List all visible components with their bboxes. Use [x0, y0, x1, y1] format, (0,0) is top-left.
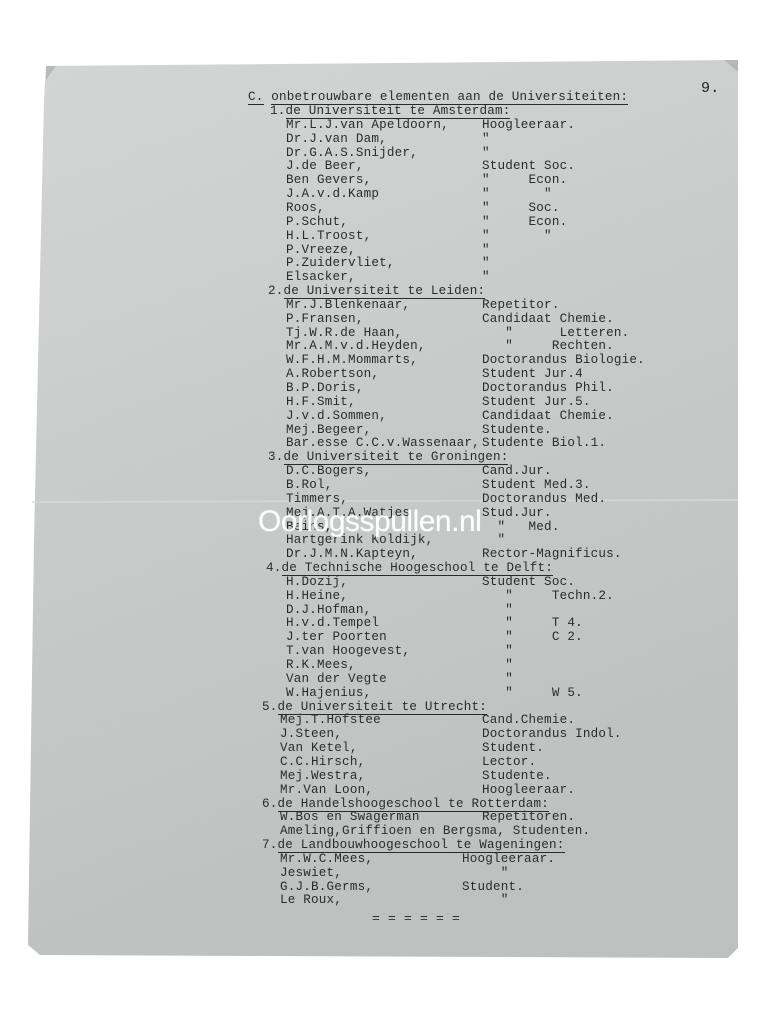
person-name: P.Schut,: [286, 215, 348, 229]
person-role: Student.: [462, 880, 524, 894]
person-role: Student Soc.: [482, 575, 575, 589]
section-number: 5.: [262, 700, 278, 714]
person-role: ": [482, 672, 513, 686]
section-university: de Universiteit te Amsterdam:: [286, 104, 511, 119]
person-name: D.J.Hofman,: [286, 603, 371, 617]
person-role: Candidaat Chemie.: [482, 409, 614, 423]
person-name: W.F.H.M.Mommarts,: [286, 353, 418, 367]
person-name: Mej.Begeer,: [286, 423, 371, 437]
person-name: W.Bos en Swagerman: [280, 810, 420, 824]
person-role: " Econ.: [482, 215, 567, 229]
page-number: 9.: [701, 80, 719, 97]
section-number: 6.: [262, 797, 278, 811]
person-role: ": [482, 644, 513, 658]
person-name: Mr.A.M.v.d.Heyden,: [286, 339, 426, 353]
person-role: " Med.: [482, 520, 560, 534]
person-role: ": [482, 132, 490, 146]
person-name: C.C.Hirsch,: [280, 755, 365, 769]
person-role: Student Soc.: [482, 159, 575, 173]
person-name: Ameling,Griffioen en Bergsma, Studenten.: [280, 824, 590, 838]
person-role: Hoogleeraar.: [482, 783, 575, 797]
section-number: 4.: [266, 561, 282, 575]
section-number: 2.: [268, 284, 284, 298]
section-title: onbetrouwbare elementen aan de Universit…: [271, 90, 628, 105]
person-role: " T 4.: [482, 616, 583, 630]
person-role: Doctorandus Biologie.: [482, 353, 645, 367]
person-name: Dr.G.A.S.Snijder,: [286, 146, 418, 160]
document-photo: 9. C. onbetrouwbare elementen aan de Uni…: [0, 0, 768, 1024]
person-name: B.Rol,: [286, 478, 333, 492]
person-name: R.K.Mees,: [286, 658, 356, 672]
person-name: J.de Beer,: [286, 159, 364, 173]
person-role: Studente Biol.1.: [482, 436, 606, 450]
person-role: ": [482, 270, 490, 284]
person-role: " Letteren.: [482, 326, 629, 340]
person-name: J.A.v.d.Kamp: [286, 187, 379, 201]
section-title-1: 1.de Universiteit te Amsterdam:: [270, 104, 510, 118]
section-title-4: 4.de Technische Hoogeschool te Delft:: [266, 561, 553, 575]
person-role: ": [482, 243, 490, 257]
person-name: Dr.J.M.N.Kapteyn,: [286, 547, 418, 561]
person-role: Hoogleeraar.: [482, 118, 575, 132]
person-name: Mr.Van Loon,: [280, 783, 373, 797]
section-title-6: 6.de Handelshoogeschool te Rotterdam:: [262, 797, 549, 811]
person-name: J.ter Poorten: [286, 630, 387, 644]
person-name: A.Robertson,: [286, 367, 379, 381]
person-role: " C 2.: [482, 630, 583, 644]
person-role: ": [462, 893, 509, 907]
person-name: Le Roux,: [280, 893, 342, 907]
person-role: " Techn.2.: [482, 589, 614, 603]
person-name: Mej.Westra,: [280, 769, 365, 783]
person-role: Cand.Chemie.: [482, 713, 575, 727]
section-number: 1.: [270, 104, 286, 118]
section-number: 7.: [262, 838, 278, 852]
person-role: Doctorandus Med.: [482, 492, 606, 506]
person-role: Lector.: [482, 755, 536, 769]
person-role: Rector-Magnificus.: [482, 547, 622, 561]
person-name: Jeswiet,: [280, 866, 342, 880]
person-role: Candidaat Chemie.: [482, 312, 614, 326]
end-rule: = = = = = =: [372, 911, 460, 926]
person-role: Studente.: [482, 423, 552, 437]
person-role: Student Jur.5.: [482, 395, 591, 409]
person-name: Van der Vegte: [286, 672, 387, 686]
person-name: H.Heine,: [286, 589, 348, 603]
person-name: W.Hajenius,: [286, 686, 371, 700]
person-role: " Rechten.: [482, 339, 614, 353]
person-name: H.F.Smit,: [286, 395, 356, 409]
person-name: P.Vreeze,: [286, 243, 356, 257]
person-name: D.C.Bogers,: [286, 464, 371, 478]
person-role: Doctorandus Indol.: [482, 727, 622, 741]
section-university: de Technische Hoogeschool te Delft:: [282, 561, 554, 576]
person-name: B.P.Doris,: [286, 381, 364, 395]
person-role: " Soc.: [482, 201, 560, 215]
person-role: ": [482, 146, 490, 160]
person-role: Studente.: [482, 769, 552, 783]
person-name: Mr.L.J.van Apeldoorn,: [286, 118, 449, 132]
section-university: de Universiteit te Leiden:: [284, 284, 486, 299]
person-name: Timmers,: [286, 492, 348, 506]
person-name: J.Steen,: [280, 727, 342, 741]
person-role: ": [482, 533, 505, 547]
person-name: H.L.Troost,: [286, 229, 371, 243]
section-title-7: 7.de Landbouwhoogeschool te Wageningen:: [262, 838, 565, 852]
person-role: " ": [482, 229, 552, 243]
section-title-3: 3.de Universiteit te Groningen:: [268, 450, 508, 464]
section-university: de Handelshoogeschool te Rotterdam:: [278, 797, 550, 812]
person-role: ": [462, 866, 509, 880]
person-role: Student Jur.4: [482, 367, 583, 381]
section-title-2: 2.de Universiteit te Leiden:: [268, 284, 485, 298]
person-name: Mej.T.Hofstee: [280, 713, 381, 727]
person-role: " Econ.: [482, 173, 567, 187]
person-name: Dr.J.van Dam,: [286, 132, 387, 146]
person-role: ": [482, 603, 513, 617]
person-name: G.J.B.Germs,: [280, 880, 373, 894]
person-role: Hoogleeraar.: [462, 852, 555, 866]
person-name: Roos,: [286, 201, 325, 215]
person-name: Mr.J.Blenkenaar,: [286, 298, 410, 312]
person-name: P.Fransen,: [286, 312, 364, 326]
person-name: Van Ketel,: [280, 741, 358, 755]
person-name: Mr.W.C.Mees,: [280, 852, 373, 866]
person-name: Ben Gevers,: [286, 173, 371, 187]
person-name: H.v.d.Tempel: [286, 616, 379, 630]
person-role: Repetitoren.: [482, 810, 575, 824]
watermark: Oorlogsspullen.nl: [258, 505, 481, 539]
section-university: de Universiteit te Groningen:: [284, 450, 509, 465]
person-name: J.v.d.Sommen,: [286, 409, 387, 423]
person-role: Student.: [482, 741, 544, 755]
person-role: ": [482, 658, 513, 672]
person-role: " W 5.: [482, 686, 583, 700]
person-role: Doctorandus Phil.: [482, 381, 614, 395]
section-title-5: 5.de Universiteit te Utrecht:: [262, 700, 487, 714]
person-role: Cand.Jur.: [482, 464, 552, 478]
person-name: Elsacker,: [286, 270, 356, 284]
person-name: H.Dozij,: [286, 575, 348, 589]
person-role: Repetitor.: [482, 298, 560, 312]
typed-text: 9. C. onbetrouwbare elementen aan de Uni…: [0, 0, 768, 1024]
section-number: 3.: [268, 450, 284, 464]
person-name: Tj.W.R.de Haan,: [286, 326, 402, 340]
person-name: P.Zuidervliet,: [286, 256, 395, 270]
person-name: T.van Hoogevest,: [286, 644, 410, 658]
person-role: Stud.Jur.: [482, 506, 552, 520]
section-prefix: C.: [248, 90, 264, 105]
section-university: de Universiteit te Utrecht:: [278, 700, 487, 715]
section-university: de Landbouwhoogeschool te Wageningen:: [278, 838, 565, 853]
section-heading: C. onbetrouwbare elementen aan de Univer…: [248, 90, 628, 104]
person-role: " ": [482, 187, 552, 201]
person-name: Bar.esse C.C.v.Wassenaar,: [286, 436, 480, 450]
person-role: Student Med.3.: [482, 478, 591, 492]
person-role: ": [482, 256, 490, 270]
